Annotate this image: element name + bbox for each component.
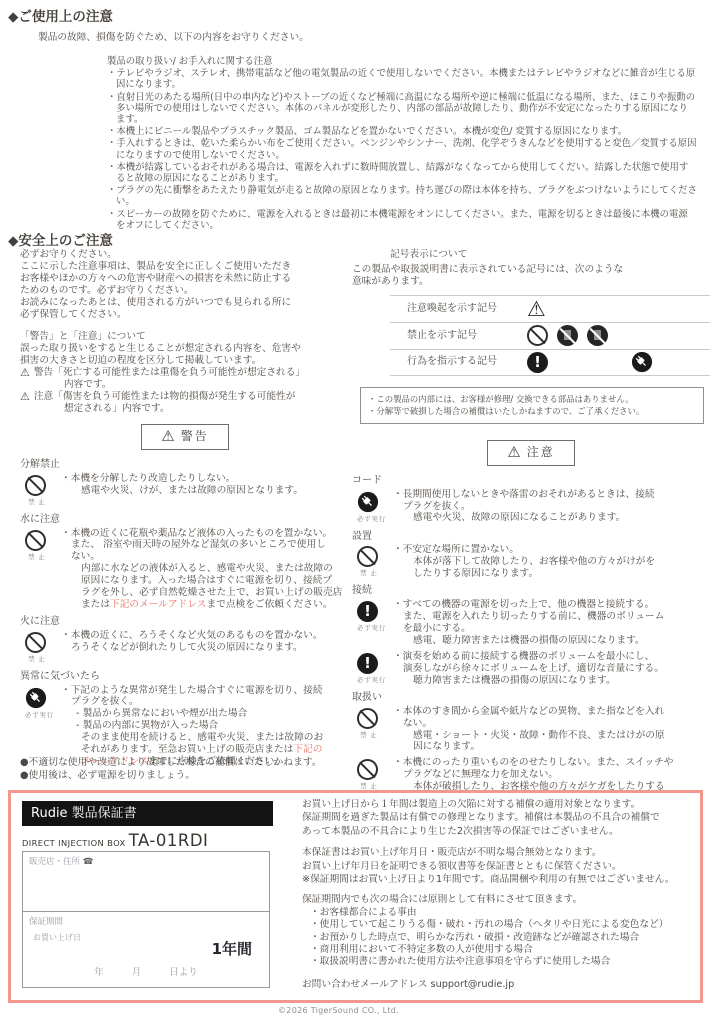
icon-caption: 禁 止 (25, 552, 49, 564)
safety-item-line: 感電や火災、けが、または故障の原因となります。 (61, 485, 350, 497)
unplug-icon (357, 491, 379, 513)
model-label: DIRECT INJECTION BOX (22, 838, 126, 848)
definition-line: 警告「死亡する可能性または重傷を負う可能性が想定される」 (34, 367, 305, 379)
safety-item-line: ・すべての機器の電源を切った上で、他の機器と接続する。 (393, 599, 710, 611)
severity-definition: ⚠注意「傷害を負う可能性または物的損傷が発生する可能性が想定される」内容です。 (20, 391, 350, 415)
definition-line: 注意「傷害を負う可能性または物的損傷が発生する可能性が (34, 391, 296, 403)
safety-item-line: したりする原因になります。 (393, 568, 710, 580)
about-warn-body: 誤った取り扱いをすると生じることが想定される内容を、危害や 損害の大きさと切迫の… (20, 343, 350, 367)
no-user-parts-note: ・この製品の内部には、お客様が修理/ 交換できる部品はありません。・分解等で破損… (360, 387, 704, 424)
handling-item: ・本機が結露しているおそれがある場合は、電源を入れずに数時間放置し、結露がなくな… (107, 162, 697, 184)
about-warn-title: 「警告」と「注意」について (20, 331, 350, 343)
safety-section-heading: 水に注意 (20, 514, 350, 526)
safety-item-line: - 製品の内部に異物が入った場合 (61, 720, 350, 732)
note-line: ・分解等で破損した場合の補償はいたしかねますので、ご了承ください。 (368, 405, 696, 418)
handling-list: ・テレビやラジオ、ステレオ、携帯電話など他の電気製品の近くで使用しないでください… (107, 68, 697, 231)
usage-title: ◆ご使用上の注意 (8, 5, 708, 25)
contact-label: お問い合わせメールアドレス (302, 979, 427, 990)
safety-item-line: そのまま使用を続けると、感電や火災、または故障のお (61, 732, 350, 744)
terms-3-title: 保証期間内でも次の場合には原則として有料にさせて頂きます。 (302, 893, 702, 906)
safety-item-line: プラグを抜く。 (61, 696, 350, 708)
safety-section-heading: 火に注意 (20, 616, 350, 628)
safety-item-line: 演奏しながら徐々にボリュームを上げ、適切な音量にする。 (393, 663, 710, 675)
note-line: ・この製品の内部には、お客様が修理/ 交換できる部品はありません。 (368, 393, 696, 406)
safety-item-line: ラグを外し、必ず自然乾燥させた上で、お買い上げの販売店 (61, 587, 350, 599)
symbol-table: 注意喚起を示す記号⚠禁止を示す記号行為を指示する記号! (352, 295, 710, 376)
safety-item-line: ない。 (393, 718, 710, 730)
footer-notes: ●不適切な使用や改造により故障した場合の補償はいたしかねます。●使用後は、必ず電… (20, 757, 322, 783)
safety-item-line: 本体が落下して故障したり、お客様や他の方々がけがを (393, 556, 710, 568)
prohibit-icon (357, 708, 378, 729)
warning-triangle-icon: ⚠ (161, 431, 174, 443)
warning-triangle-icon: ⚠ (527, 298, 546, 320)
warranty-card: Rudie 製品保証書 DIRECT INJECTION BOX TA-01RD… (8, 790, 703, 1003)
prohibit-icon (357, 546, 378, 567)
terms-3-item: ・お客様都合による事由 (310, 907, 702, 919)
safety-item: 禁 止・不安定な場所に置かない。本体が落下して故障したり、お客様や他の方々がけが… (352, 544, 710, 580)
caution-box: ⚠ 注意 (487, 440, 575, 466)
icon-caption: 必ず実行 (357, 623, 381, 635)
terms-paragraph-3: 保証期間内でも次の場合には原則として有料にさせて頂きます。 ・お客様都合による事… (302, 893, 702, 968)
model-number: TA-01RDI (129, 831, 209, 850)
safety-item-line: 感電や火災、故障の原因になることがあります。 (393, 512, 710, 524)
symbol-row: 行為を指示する記号! (390, 349, 710, 376)
date-field-label: 日より (169, 964, 198, 978)
period-label: 保証期間 (29, 915, 63, 927)
safety-section-heading: コード (352, 475, 710, 487)
symbol-row: 禁止を示す記号 (390, 322, 710, 349)
symbol-row-label: 禁止を示す記号 (407, 330, 527, 342)
safety-item-line: ・長期間使用しないときや落雷のおそれがあるときは、接続 (393, 489, 710, 501)
safety-item: !必ず実行・すべての機器の電源を切った上で、他の機器と接続する。また、電源を入れ… (352, 599, 710, 647)
caution-sections: コード必ず実行・長期間使用しないときや落雷のおそれがあるときは、接続プラグを抜く… (352, 475, 710, 805)
warranty-brand-bar: Rudie 製品保証書 (22, 801, 273, 826)
warning-sections: 分解禁止禁 止・本機を分解したり改造したりしない。感電や火災、けが、または故障の… (20, 459, 350, 768)
definition-line: 想定される」内容です。 (34, 403, 296, 415)
safety-section-heading: 分解禁止 (20, 459, 350, 471)
prohibit-wet-icon (587, 325, 608, 346)
prohibit-icon (25, 530, 46, 551)
symbol-row-label: 注意喚起を示す記号 (407, 303, 527, 315)
mandatory-icon: ! (357, 601, 378, 622)
terms-paragraph-1: お買い上げ日から１年間は製造上の欠陥に対する補償の適用対象となります。 保証期間… (302, 798, 702, 838)
symbols-title: 記号表示について (390, 249, 710, 261)
dealer-field-label: 販売店・住所 ☎ (29, 855, 93, 867)
handling-item: ・スピーカーの故障を防ぐために、電源を入れるときは最初に本機電源をオンにしてくだ… (107, 209, 697, 231)
safety-item-line: ・演奏を始める前に接続する機器のボリュームを最小にし、 (393, 651, 710, 663)
safety-title: ◆安全上のご注意 (8, 229, 113, 249)
date-field-label: 年 (94, 964, 104, 978)
dealer-field: 販売店・住所 ☎ (22, 851, 270, 912)
safety-item-line: プラグを抜く。 (393, 501, 710, 513)
terms-3-item: ・商用利用において不特定多数の人が使用する場合 (310, 944, 702, 956)
symbols-intro: この製品や取扱説明書に表示されている記号には、次のような 意味があります。 (352, 264, 710, 288)
safety-item-line: または下記のメールアドレスまで点検をご依頼ください。 (61, 599, 350, 611)
phone-icon: ☎ (83, 857, 94, 867)
safety-left-column: 必ずお守りください。 ここに示した注意事項は、製品を安全に正しくご使用いただき … (20, 249, 350, 772)
contact-line: お問い合わせメールアドレス support@rudie.jp (302, 978, 702, 991)
severity-definition: ⚠警告「死亡する可能性または重傷を負う可能性が想定される」内容です。 (20, 367, 350, 391)
footer-note: ●不適切な使用や改造により故障した場合の補償はいたしかねます。 (20, 757, 322, 770)
safety-item-line: 聴力障害または機器の損傷の原因になります。 (393, 675, 710, 687)
safety-item-line: プラグなどに無理な力を加えない。 (393, 769, 710, 781)
safety-item: 必ず実行・下記のような異常が発生した場合すぐに電源を切り、接続プラグを抜く。- … (20, 685, 350, 768)
safety-item-line: ・本体のすき間から金属や紙片などの異物、また指などを入れ (393, 706, 710, 718)
safety-item: 禁 止・本機の近くに、ろうそくなど火気のあるものを置かない。ろうそくなどが倒れた… (20, 630, 350, 666)
icon-caption: 禁 止 (357, 568, 381, 580)
handling-block: 製品の取り扱い/ お手入れに関する注意 ・テレビやラジオ、ステレオ、携帯電話など… (107, 56, 697, 231)
safety-item-line: ・本機の近くに花瓶や薬品など液体の入ったものを置かない。 (61, 528, 350, 540)
safety-item-line: 原因になります。入った場合はすぐに電源を切り、接続プ (61, 575, 350, 587)
safety-section-heading: 設置 (352, 531, 710, 543)
prohibit-icon (357, 759, 378, 780)
terms-3-item: ・お預かりした時点で、明らかな汚れ・破損・改造跡などが確認された場合 (310, 932, 702, 944)
safety-intro: 必ずお守りください。 ここに示した注意事項は、製品を安全に正しくご使用いただき … (20, 249, 350, 320)
dealer-label-text: 販売店・住所 (29, 857, 80, 867)
contact-email: support@rudie.jp (431, 979, 515, 990)
purchase-date-label: お買い上げ日 (33, 932, 81, 943)
handling-title: 製品の取り扱い/ お手入れに関する注意 (107, 56, 697, 67)
symbol-row-label: 行為を指示する記号 (407, 356, 527, 368)
terms-3-item: ・取扱説明書に書かれた使用方法や注意事項を守らずに使用した場合 (310, 956, 702, 968)
warning-triangle-icon: ⚠ (20, 367, 30, 391)
safety-item-line: ・下記のような異常が発生した場合すぐに電源を切り、接続 (61, 685, 350, 697)
usage-section: ◆ご使用上の注意 製品の故障、損傷を防ぐため、以下の内容をお守りください。 製品… (8, 5, 708, 232)
warning-triangle-icon: ⚠ (507, 447, 520, 459)
warranty-period-field: 保証期間 お買い上げ日 1年間 年月日より (22, 911, 270, 988)
icon-caption: 禁 止 (357, 730, 381, 742)
safety-item-line: ない。 (61, 551, 350, 563)
safety-item-line: ・本機を分解したり改造したりしない。 (61, 473, 350, 485)
safety-item: 禁 止・本体のすき間から金属や紙片などの異物、また指などを入れない。感電・ショー… (352, 706, 710, 754)
icon-caption: 必ず実行 (25, 710, 49, 722)
prohibit-icon (25, 475, 46, 496)
handling-item: ・本機上にビニール製品やプラスチック製品、ゴム製品などを置かないでください。本機… (107, 126, 697, 137)
email-reference-text: 下記の (293, 744, 322, 755)
usage-intro: 製品の故障、損傷を防ぐため、以下の内容をお守りください。 (38, 29, 708, 43)
icon-caption: 禁 止 (25, 497, 49, 509)
email-reference-text: 下記のメールアドレス (110, 599, 206, 610)
date-field-label: 月 (132, 964, 142, 978)
safety-item-line: ・本機にのったり重いものをのせたりしない。また、スイッチや (393, 757, 710, 769)
safety-item-line: を最小にする。 (393, 623, 710, 635)
safety-item-line: ろうそくなどが倒れたりして火災の原因になります。 (61, 642, 350, 654)
safety-section-heading: 取扱い (352, 692, 710, 704)
warning-box: ⚠ 警告 (141, 424, 229, 450)
safety-item: 禁 止・本機を分解したり改造したりしない。感電や火災、けが、または故障の原因とな… (20, 473, 350, 509)
safety-item-line: 内部に水などの液体が入ると、感電や火災、または故障の (61, 563, 350, 575)
handling-item: ・テレビやラジオ、ステレオ、携帯電話など他の電気製品の近くで使用しないでください… (107, 68, 697, 90)
safety-item-line: また、 浴室や雨天時の屋外など湿気の多いところで使用し (61, 539, 350, 551)
warranty-model-line: DIRECT INJECTION BOX TA-01RDI (22, 831, 208, 850)
terms-3-list: ・お客様都合による事由・使用していて起こりうる傷・破れ・汚れの場合（ヘタリや日光… (302, 907, 702, 969)
terms-paragraph-2: 本保証書はお買い上げ年月日・販売店が不明な場合無効となります。 お買い上げ年月日… (302, 846, 702, 886)
definition-line: 内容です。 (34, 379, 305, 391)
handling-item: ・手入れするときは、乾いた柔らかい布をご使用ください。ベンジンやシンナー、洗剤、… (107, 138, 697, 160)
symbol-row: 注意喚起を示す記号⚠ (390, 295, 710, 322)
icon-caption: 必ず実行 (357, 514, 381, 526)
warning-definitions: ⚠警告「死亡する可能性または重傷を負う可能性が想定される」内容です。⚠注意「傷害… (20, 367, 350, 415)
prohibit-icon (527, 325, 548, 346)
safety-item: !必ず実行・演奏を始める前に接続する機器のボリュームを最小にし、演奏しながら徐々… (352, 651, 710, 687)
terms-3-item: ・使用していて起こりうる傷・破れ・汚れの場合（ヘタリや日光による変色など） (310, 919, 702, 931)
safety-item-line: ・不安定な場所に置かない。 (393, 544, 710, 556)
handling-item: ・直射日光のあたる場所(日中の車内など)やストーブの近くなど極端に高温になる場所… (107, 92, 697, 126)
safety-item: 必ず実行・長期間使用しないときや落雷のおそれがあるときは、接続プラグを抜く。感電… (352, 489, 710, 526)
prohibit-icon (25, 632, 46, 653)
warranty-terms: お買い上げ日から１年間は製造上の欠陥に対する補償の適用対象となります。 保証期間… (302, 798, 702, 991)
safety-item-line: 感電・ショート・火災・故障・動作不良、またはけがの原 (393, 730, 710, 742)
safety-right-column: 記号表示について この製品や取扱説明書に表示されている記号には、次のような 意味… (352, 249, 710, 809)
footer-note: ●使用後は、必ず電源を切りましょう。 (20, 770, 322, 783)
mandatory-icon: ! (527, 352, 548, 373)
safety-section-heading: 異常に気づいたら (20, 671, 350, 683)
copyright: ©2026 TigerSound CO., Ltd. (278, 1006, 399, 1015)
safety-item-line: ・本機の近くに、ろうそくなど火気のあるものを置かない。 (61, 630, 350, 642)
icon-caption: 必ず実行 (357, 675, 381, 687)
safety-item-line: また、電源を入れたり切ったりする前に、機器のボリューム (393, 611, 710, 623)
safety-item: 禁 止・本機の近くに花瓶や薬品など液体の入ったものを置かない。また、 浴室や雨天… (20, 528, 350, 611)
warning-box-label: 警告 (181, 431, 209, 443)
prohibit-touch-icon (557, 325, 578, 346)
unplug-icon (631, 351, 653, 373)
safety-section-heading: 接続 (352, 585, 710, 597)
safety-item-line: - 製品から異常なにおいや煙が出た場合 (61, 708, 350, 720)
icon-caption: 禁 止 (25, 654, 49, 666)
caution-box-label: 注意 (527, 447, 555, 459)
safety-item-line: 感電、聴力障害または機器の損傷の原因になります。 (393, 635, 710, 647)
warning-triangle-icon: ⚠ (20, 391, 30, 415)
safety-item-line: 因になります。 (393, 741, 710, 753)
handling-item: ・プラグの先に衝撃をあたえたり静電気が走ると故障の原因となります。持ち運びの際は… (107, 185, 697, 207)
mandatory-icon: ! (357, 653, 378, 674)
unplug-icon (25, 687, 47, 709)
safety-item-line: それがあります。至急お買い上げの販売店または下記の (61, 744, 350, 756)
period-value: 1年間 (212, 938, 252, 959)
date-fields: 年月日より (23, 964, 269, 978)
